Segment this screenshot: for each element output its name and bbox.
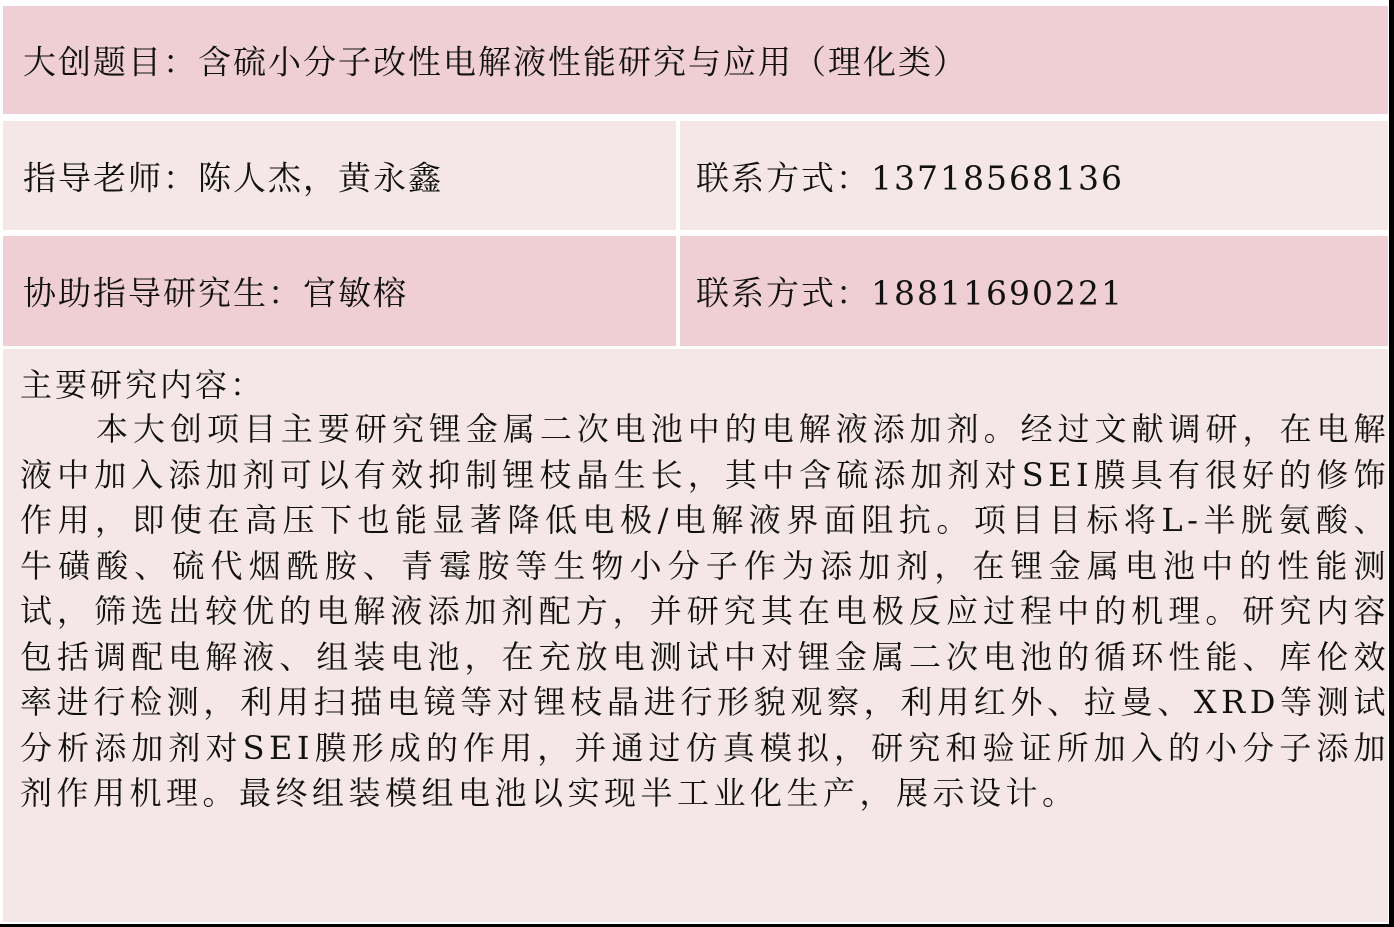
advisor-names: 陈人杰，黄永鑫 [198,158,443,197]
advisor: 指导老师：陈人杰，黄永鑫 [23,152,443,199]
research-content-cell: 主要研究内容： 本大创项目主要研究锂金属二次电池中的电解液添加剂。经过文献调研，… [3,349,1388,922]
assistant-phone: 18811690221 [871,274,1124,313]
assistant-contact: 联系方式：18811690221 [696,268,1124,315]
advisor-phone: 13718568136 [871,158,1124,197]
advisor-contact-cell: 联系方式：13718568136 [680,121,1388,230]
advisor-contact: 联系方式：13718568136 [696,152,1124,199]
assistant-cell: 协助指导研究生：官敏榕 [3,236,676,346]
assistant-label: 协助指导研究生： [23,274,303,313]
assistant-contact-cell: 联系方式：18811690221 [680,236,1388,346]
assistant-name: 官敏榕 [303,274,408,313]
assistant: 协助指导研究生：官敏榕 [23,268,408,315]
project-title-row: 大创题目：含硫小分子改性电解液性能研究与应用（理化类） [3,6,1388,114]
right-edge-border [1389,0,1394,927]
project-title: 大创题目：含硫小分子改性电解液性能研究与应用（理化类） [23,37,968,84]
advisor-contact-label: 联系方式： [696,158,871,197]
research-content-heading: 主要研究内容： [20,363,265,407]
advisor-cell: 指导老师：陈人杰，黄永鑫 [3,121,676,230]
research-content-body: 本大创项目主要研究锂金属二次电池中的电解液添加剂。经过文献调研，在电解液中加入添… [20,407,1390,817]
advisor-label: 指导老师： [23,158,198,197]
project-title-label: 大创题目： [23,43,198,82]
project-title-text: 含硫小分子改性电解液性能研究与应用（理化类） [198,43,968,82]
assistant-contact-label: 联系方式： [696,274,871,313]
